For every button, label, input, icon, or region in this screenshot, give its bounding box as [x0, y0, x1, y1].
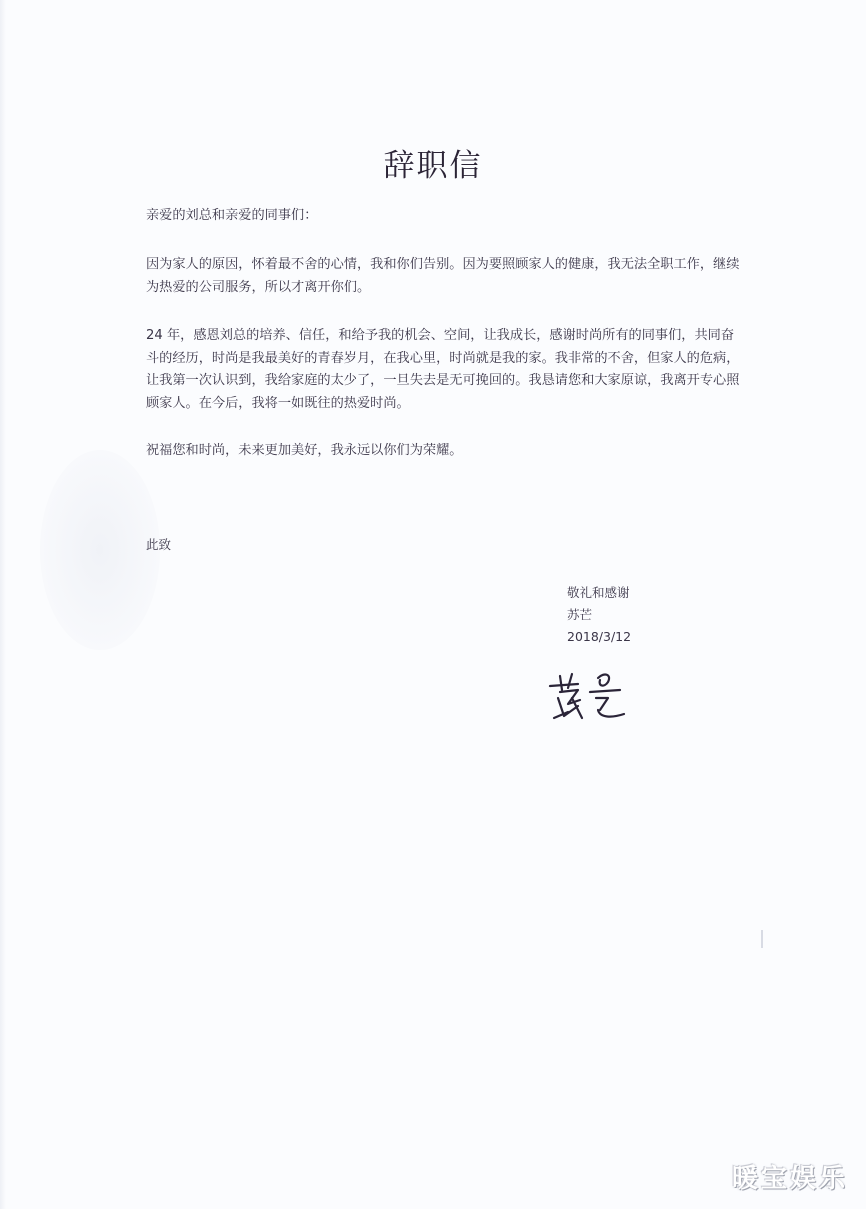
closing: 此致	[146, 535, 171, 553]
watermark: 暖宝娱乐	[732, 1158, 848, 1195]
salutation: 亲爱的刘总和亲爱的同事们：	[146, 205, 746, 228]
sign-off-block: 敬礼和感谢 苏芒 2018/3/12	[567, 582, 631, 648]
scan-mark	[761, 930, 763, 948]
letter-title: 辞职信	[0, 140, 866, 185]
scan-smudge	[40, 450, 160, 650]
paragraph-3: 祝福您和时尚，未来更加美好，我永远以你们为荣耀。	[146, 440, 746, 463]
handwritten-signature	[538, 668, 648, 728]
paragraph-1: 因为家人的原因，怀着最不舍的心情，我和你们告别。因为要照顾家人的健康，我无法全职…	[146, 254, 746, 299]
sender-name: 苏芒	[567, 604, 631, 626]
sign-off-greeting: 敬礼和感谢	[567, 582, 631, 604]
letter-date: 2018/3/12	[567, 626, 631, 648]
paragraph-2: 24 年，感恩刘总的培养、信任，和给予我的机会、空间，让我成长，感谢时尚所有的同…	[146, 325, 746, 415]
